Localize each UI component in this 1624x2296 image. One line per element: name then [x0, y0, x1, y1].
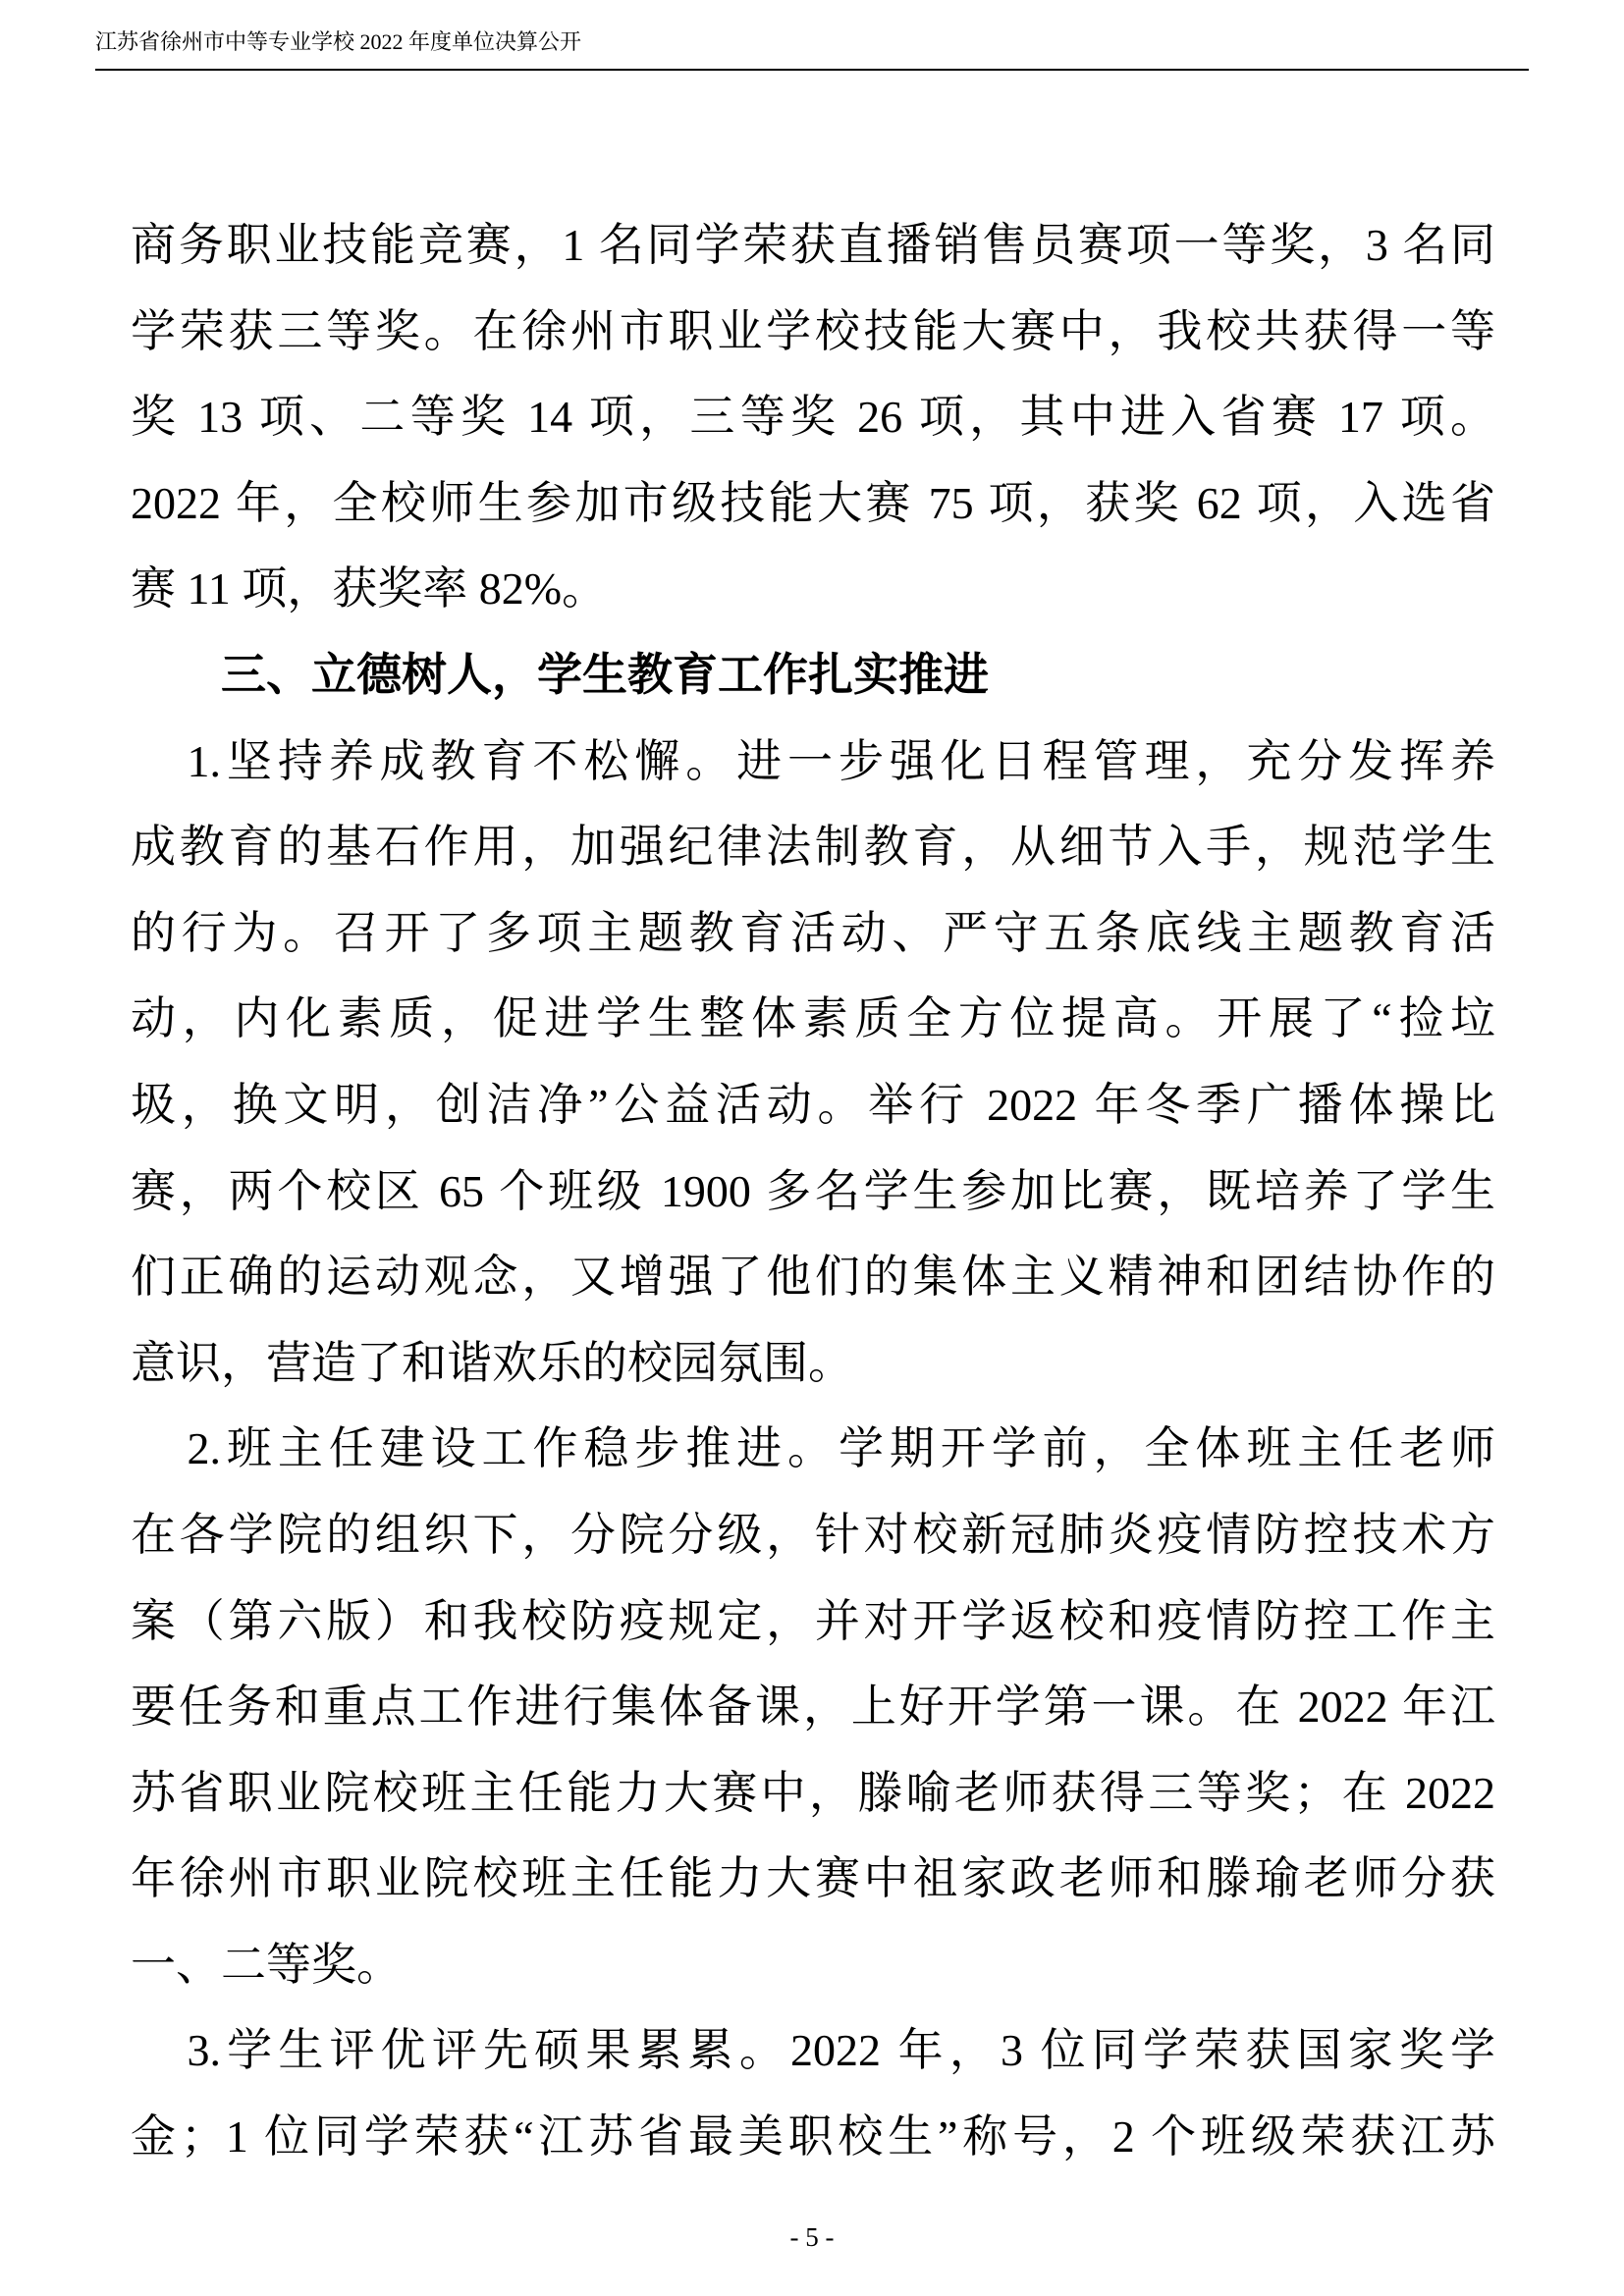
- page-number: - 5 -: [0, 2220, 1624, 2254]
- document-page: 江苏省徐州市中等专业学校 2022 年度单位决算公开 商务职业技能竞赛，1 名同…: [0, 0, 1624, 2296]
- text-line: 3.学生评优评先硕果累累。2022 年，3 位同学荣获国家奖学: [131, 2007, 1495, 2094]
- text-line: 案（第六版）和我校防疫规定，并对开学返校和疫情防控工作主: [131, 1578, 1495, 1665]
- text-line: 金；1 位同学荣获“江苏省最美职校生”称号，2 个班级荣获江苏: [131, 2094, 1495, 2180]
- text-line: 奖 13 项、二等奖 14 项，三等奖 26 项，其中进入省赛 17 项。: [131, 374, 1495, 460]
- text-line: 的行为。召开了多项主题教育活动、严守五条底线主题教育活: [131, 890, 1495, 977]
- text-line: 苏省职业院校班主任能力大赛中，滕喻老师获得三等奖；在 2022: [131, 1750, 1495, 1837]
- document-body: 商务职业技能竞赛，1 名同学荣获直播销售员赛项一等奖，3 名同学荣获三等奖。在徐…: [131, 202, 1495, 2180]
- text-line: 一、二等奖。: [131, 1922, 1495, 2008]
- text-line: 学荣获三等奖。在徐州市职业学校技能大赛中，我校共获得一等: [131, 289, 1495, 375]
- header-rule: [95, 69, 1529, 71]
- text-line: 2022 年，全校师生参加市级技能大赛 75 项，获奖 62 项，入选省: [131, 460, 1495, 547]
- page-header-title: 江苏省徐州市中等专业学校 2022 年度单位决算公开: [95, 27, 581, 57]
- text-line: 要任务和重点工作进行集体备课，上好开学第一课。在 2022 年江: [131, 1664, 1495, 1750]
- text-line: 成教育的基石作用，加强纪律法制教育，从细节入手，规范学生: [131, 804, 1495, 890]
- text-line: 圾，换文明，创洁净”公益活动。举行 2022 年冬季广播体操比: [131, 1062, 1495, 1148]
- text-line: 赛，两个校区 65 个班级 1900 多名学生参加比赛，既培养了学生: [131, 1148, 1495, 1235]
- text-line: 们正确的运动观念，又增强了他们的集体主义精神和团结协作的: [131, 1234, 1495, 1320]
- text-line: 1.坚持养成教育不松懈。进一步强化日程管理，充分发挥养: [131, 719, 1495, 805]
- text-line: 意识，营造了和谐欢乐的校园氛围。: [131, 1320, 1495, 1407]
- text-line: 动，内化素质，促进学生整体素质全方位提高。开展了“捡垃: [131, 976, 1495, 1062]
- text-line: 2.班主任建设工作稳步推进。学期开学前，全体班主任老师: [131, 1406, 1495, 1492]
- text-line: 年徐州市职业院校班主任能力大赛中祖家政老师和滕瑜老师分获: [131, 1836, 1495, 1922]
- text-line: 赛 11 项，获奖率 82%。: [131, 546, 1495, 632]
- text-line: 在各学院的组织下，分院分级，针对校新冠肺炎疫情防控技术方: [131, 1492, 1495, 1578]
- text-line: 三、立德树人，学生教育工作扎实推进: [131, 632, 1495, 719]
- text-line: 商务职业技能竞赛，1 名同学荣获直播销售员赛项一等奖，3 名同: [131, 202, 1495, 289]
